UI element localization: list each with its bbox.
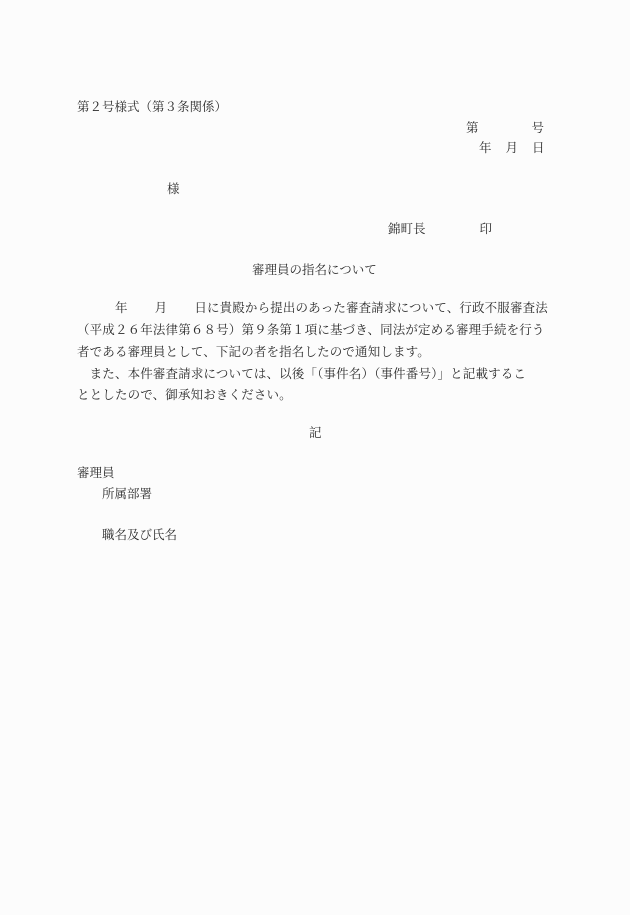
date-month: 月	[506, 140, 519, 155]
addressee-honorific: 様	[167, 183, 180, 196]
body-line-2: （平成２６年法律第６８号）第９条第１項に基づき、同法が定める審理手続を行う	[77, 324, 545, 337]
sender-title: 錦町長	[388, 221, 426, 236]
date-year: 年	[479, 140, 492, 155]
form-label: 第２号様式（第３条関係）	[77, 101, 227, 114]
document-number-line: 第号	[466, 122, 544, 135]
body-year-blank: 年	[115, 300, 128, 315]
subject-title: 審理員の指名について	[252, 264, 377, 277]
body-line-4: また、本件審査請求については、以後「（事件名）（事件番号）」と記載するこ	[77, 368, 526, 381]
ki-heading: 記	[309, 427, 322, 440]
body-line-1-text: 日に貴殿から提出のあった審査請求について、行政不服審査法	[194, 300, 548, 315]
document-page: 第２号様式（第３条関係） 第号 年月日 様 錦町長印 審理員の指名について 年月…	[0, 0, 630, 915]
name-label: 職名及び氏名	[102, 529, 177, 542]
seal-mark: 印	[480, 221, 493, 236]
date-day: 日	[532, 140, 545, 155]
department-label: 所属部署	[102, 488, 152, 501]
document-date-line: 年月日	[479, 142, 545, 155]
sender-line: 錦町長印	[388, 223, 492, 236]
number-prefix: 第	[466, 120, 479, 135]
body-line-1: 年月日に貴殿から提出のあった審査請求について、行政不服審査法	[77, 302, 548, 315]
body-month-blank: 月	[155, 300, 168, 315]
body-line-5: ととしたので、御承知おきください。	[77, 389, 292, 402]
number-suffix: 号	[532, 120, 545, 135]
body-line-3: 者である審理員として、下記の者を指名したので通知します。	[77, 346, 430, 359]
designee-heading: 審理員	[77, 467, 115, 480]
